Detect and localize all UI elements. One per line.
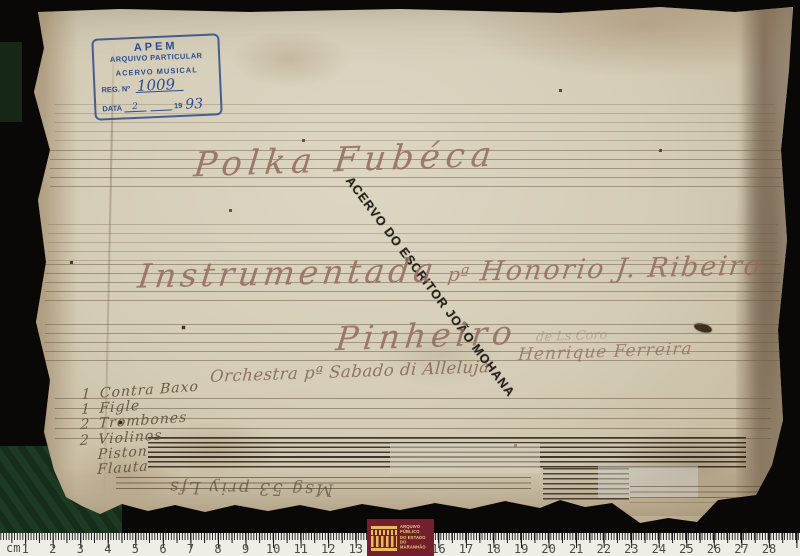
staff-lines-heavy-1 — [148, 437, 746, 470]
registry-stamp-reg-row: REG. Nº 1009 — [101, 77, 213, 95]
manuscript-page: APEM ARQUIVO PARTICULAR ACERVO MUSICAL R… — [0, 0, 800, 535]
instrument-quantity: 2 — [80, 418, 94, 434]
ruler-number: 3 — [77, 542, 84, 556]
place-name: Pinheiro — [334, 313, 519, 358]
ruler-number: 17 — [459, 542, 473, 556]
archive-logo: ARQUIVOPÚBLICODO ESTADODO MARANHÃO — [367, 519, 434, 556]
palace-building-icon — [371, 524, 397, 551]
instrument-quantity — [79, 459, 92, 460]
paper-stain-top — [440, 0, 780, 85]
ruler-number: 4 — [104, 542, 111, 556]
registry-stamp-date-row: DATA 2 19 93 — [102, 93, 215, 114]
building-columns — [371, 536, 397, 547]
cutting-mat-fragment-top-left — [0, 42, 22, 122]
ruler-number: 23 — [624, 542, 638, 556]
building-base — [371, 548, 397, 551]
ink-specks — [0, 0, 1, 1]
staff-lines-heavy-4 — [630, 486, 765, 503]
archive-logo-text-line: DO ESTADO — [400, 535, 426, 540]
ruler-number: 25 — [679, 542, 693, 556]
ruler-number: 19 — [514, 542, 528, 556]
date-label: DATA — [102, 104, 122, 114]
scanned-manuscript-photo: APEM ARQUIVO PARTICULAR ACERVO MUSICAL R… — [0, 0, 800, 556]
registry-stamp: APEM ARQUIVO PARTICULAR ACERVO MUSICAL R… — [91, 33, 222, 121]
credit-arranger-name: Honorio J. Ribeiro — [479, 250, 764, 287]
ruler-number: 26 — [707, 542, 721, 556]
ruler-number: 27 — [734, 542, 748, 556]
reg-label: REG. Nº — [101, 84, 130, 94]
date-year-handwritten: 93 — [185, 96, 204, 113]
ruler-number: 28 — [762, 542, 776, 556]
ruler-number: 20 — [541, 542, 555, 556]
instrument-name: Flauta — [97, 458, 149, 478]
date-blank-month — [150, 109, 172, 111]
ruler-number: 5 — [132, 542, 139, 556]
ruler-number: 22 — [597, 542, 611, 556]
date-century: 19 — [174, 101, 183, 110]
ruler-number: 10 — [266, 542, 280, 556]
date-blank-day: 2 — [124, 103, 146, 113]
ruler-number: 1 — [22, 542, 29, 556]
instrument-quantity — [79, 474, 92, 475]
ruler-number: 11 — [293, 542, 307, 556]
paper-stain-top-2 — [225, 28, 355, 90]
ruler-number: 9 — [242, 542, 249, 556]
credit-word: Instrumentada — [136, 250, 440, 295]
ruler-number: 24 — [652, 542, 666, 556]
archive-logo-text: ARQUIVOPÚBLICODO ESTADODO MARANHÃO — [400, 525, 426, 551]
ruler-number: 12 — [321, 542, 335, 556]
building-roof — [371, 526, 397, 529]
ruler-number: 21 — [569, 542, 583, 556]
inverted-inscription: Msg 53 priy Lfs — [168, 477, 334, 500]
building-attic — [371, 530, 397, 535]
staff-lines-heavy-3 — [543, 468, 629, 500]
ruler-number: 2 — [49, 542, 56, 556]
credit-preposition: pª — [446, 264, 470, 287]
orchestra-dedication-line: Orchestra pª Sabado di Alleluja — [209, 357, 490, 386]
instrument-quantity: 2 — [80, 433, 94, 449]
ruler-number: 7 — [187, 542, 194, 556]
ruler-number: 18 — [486, 542, 500, 556]
archive-logo-text-line: DO MARANHÃO — [400, 540, 426, 550]
instrument-list: 1 Contra Baxo 1 Figle 2 Trombones 2 Viol… — [79, 380, 200, 480]
ruler-number: 8 — [214, 542, 221, 556]
ruler-number: 6 — [159, 542, 166, 556]
reg-number: 1009 — [135, 78, 184, 93]
ruler-number: 13 — [349, 542, 363, 556]
